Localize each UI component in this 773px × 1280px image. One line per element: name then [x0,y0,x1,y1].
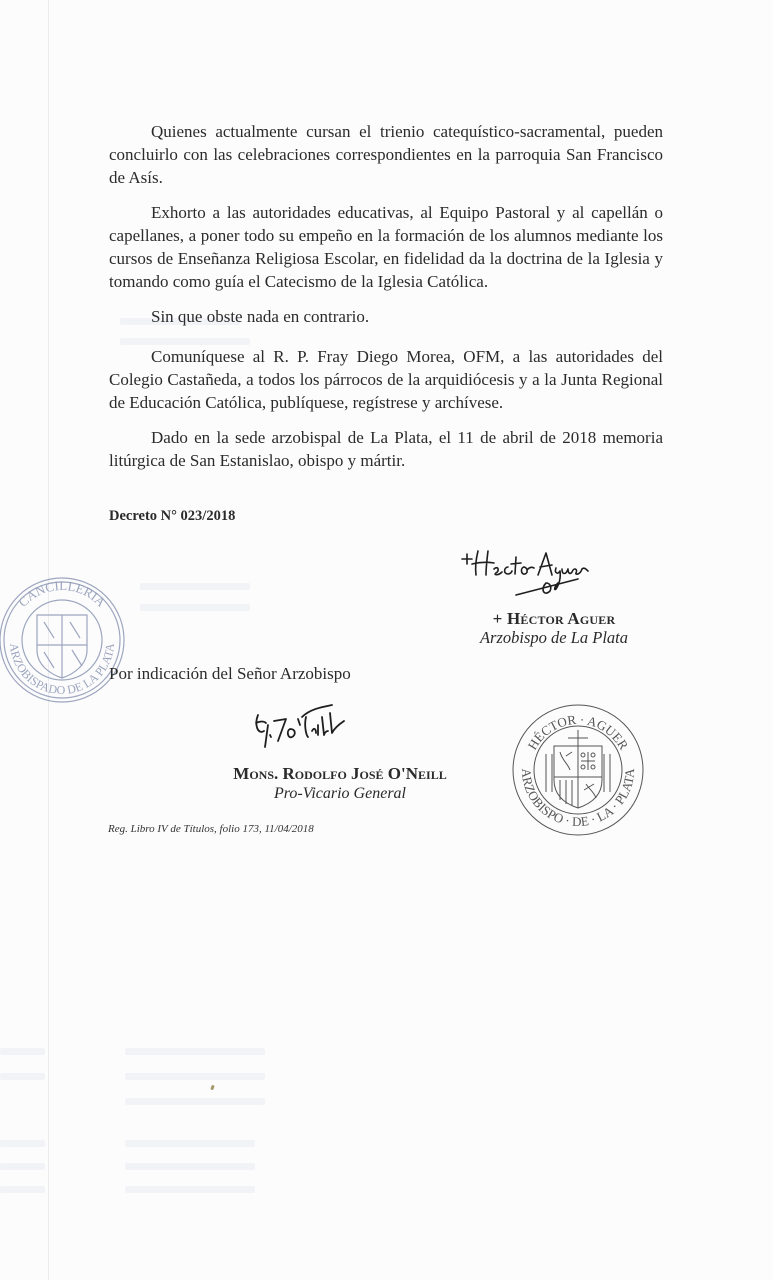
bleed-through [0,1140,45,1147]
bleed-through [125,1163,255,1170]
bleed-through [125,1048,265,1055]
bleed-through [140,583,250,590]
bleed-through [0,1163,45,1170]
paragraph-dado-en: Dado en la sede arzobispal de La Plata, … [109,426,663,472]
bleed-through [0,1073,45,1080]
signature-oneill-icon [252,695,352,750]
archbishop-seal-icon: HÉCTOR · AGUER ARZOBISPO · DE · LA · PLA… [508,700,648,840]
bleed-through [125,1140,255,1147]
document-page: Quienes actualmente cursan el trienio ca… [0,0,773,1280]
signatory-2-name: Mons. Rodolfo José O'Neill [160,764,520,784]
decree-number: Decreto N° 023/2018 [109,508,235,525]
bleed-through [0,1048,45,1055]
svg-text:CANCILLERIA: CANCILLERIA [15,578,109,610]
paragraph-sin-que-obste: Sin que obste nada en contrario. [109,305,663,328]
paragraph-comuniquese: Comuníquese al R. P. Fray Diego Morea, O… [109,345,663,414]
bleed-through [125,1186,255,1193]
bleed-through [140,604,250,611]
signatory-1-name: + Héctor Aguer [444,609,664,629]
chancellery-seal-icon: CANCILLERIA ARZOBISPADO DE LA PLATA [0,570,127,710]
paragraph-exhorto: Exhorto a las autoridades educativas, al… [109,201,663,293]
bleed-through [0,1186,45,1193]
paragraph-trienio: Quienes actualmente cursan el trienio ca… [109,120,663,189]
bleed-through [125,1098,265,1105]
registry-note: Reg. Libro IV de Títulos, folio 173, 11/… [108,823,314,835]
signatory-2-title: Pro-Vicario General [160,785,520,803]
by-indication-text: Por indicación del Señor Arzobispo [109,664,351,684]
signatory-1-title: Arzobispo de La Plata [444,628,664,648]
bleed-through [125,1073,265,1080]
signature-hector-aguer-icon [458,545,598,605]
scan-speck [210,1085,215,1091]
bleed-through [120,338,250,345]
